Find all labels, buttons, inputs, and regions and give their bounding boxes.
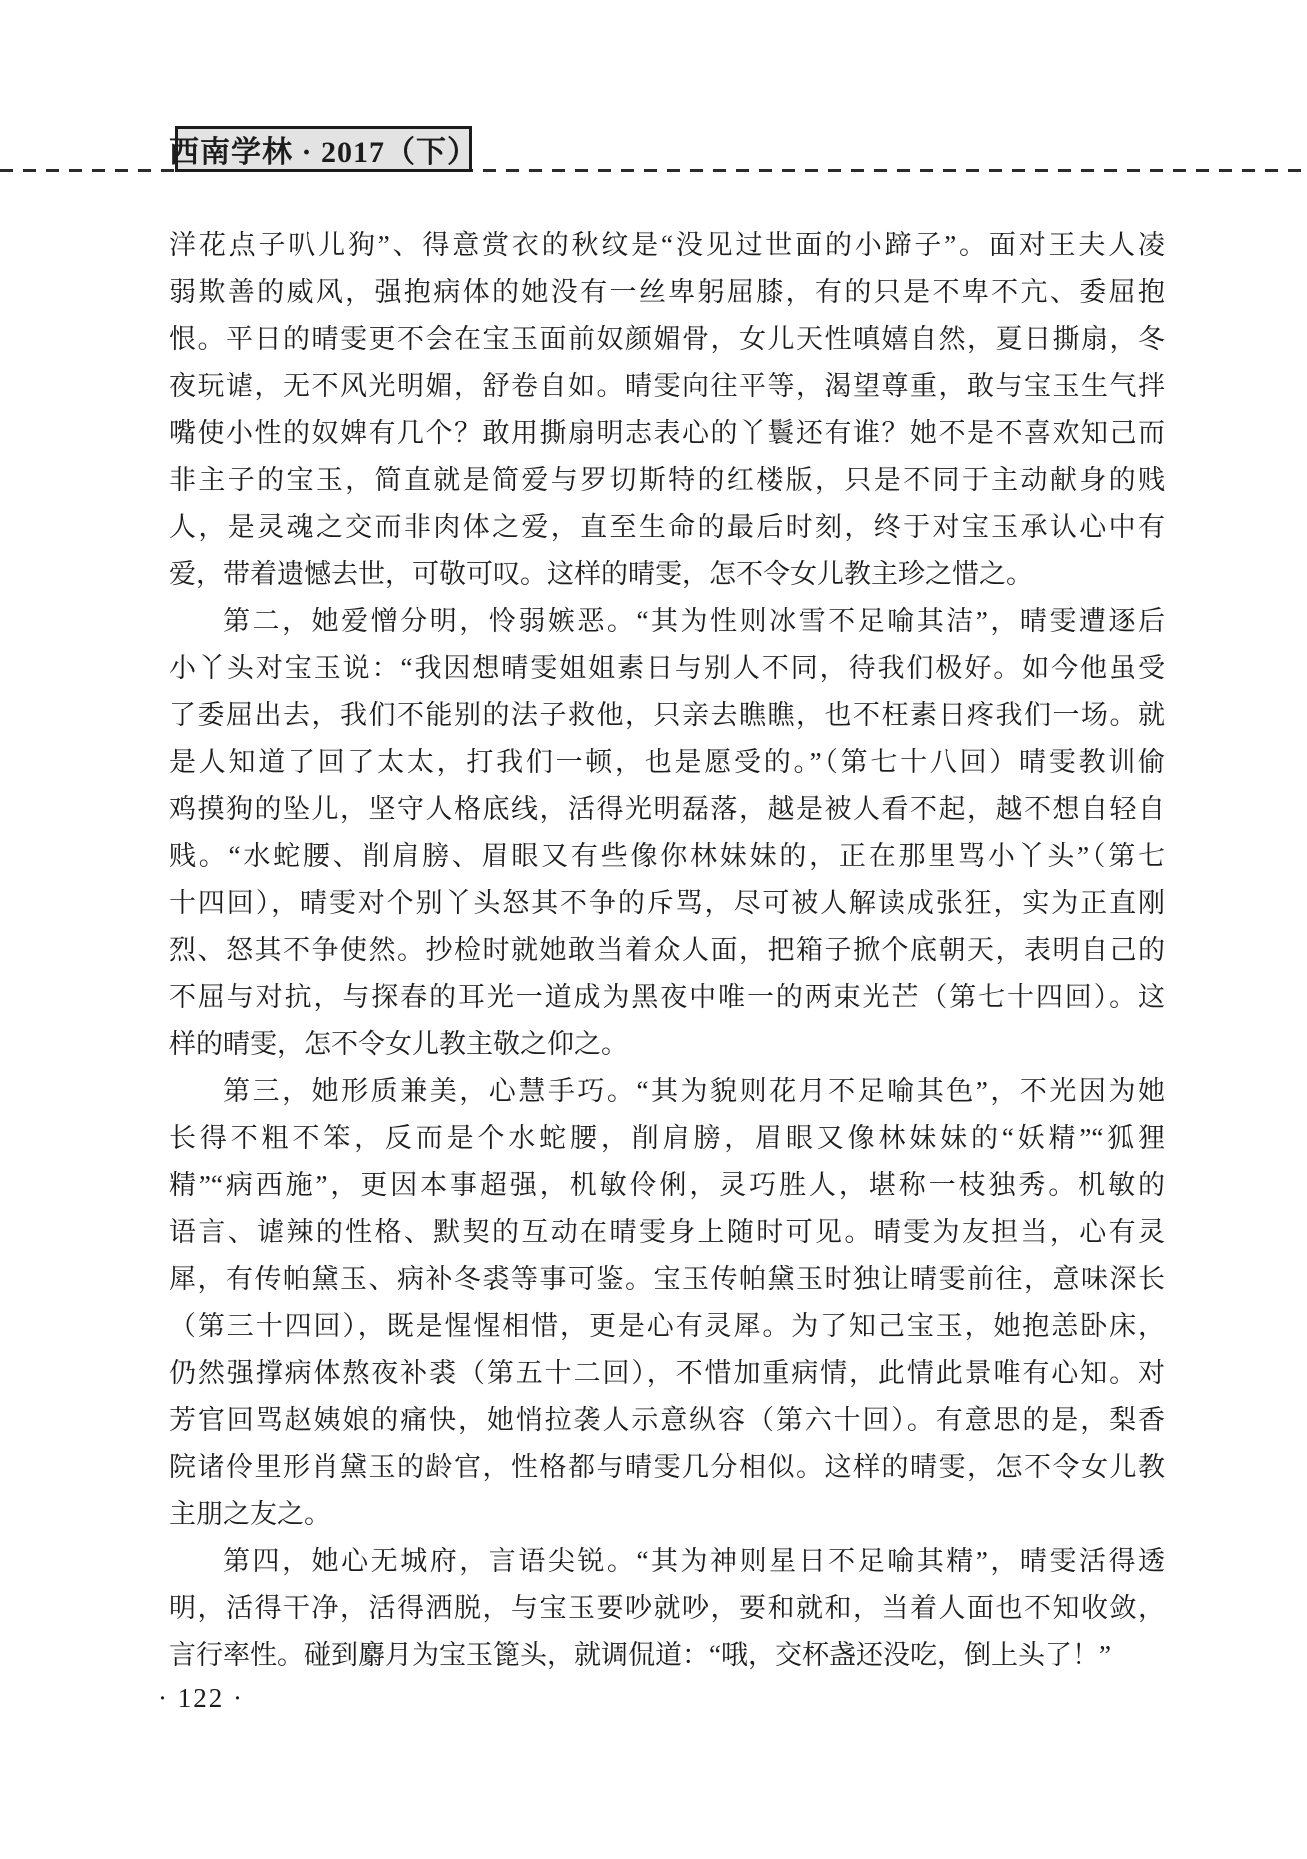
text-line: 主朋之友之。 xyxy=(169,1491,1165,1538)
text-line: 言行率性。碰到麝月为宝玉篦头，就调侃道：“哦，交杯盏还没吃，倒上头了！” xyxy=(169,1632,1165,1679)
text-line: 弱欺善的威风，强抱病体的她没有一丝卑躬屈膝，有的只是不卑不亢、委屈抱 xyxy=(169,269,1165,316)
journal-header-badge: 西南学林 · 2017（下） xyxy=(175,126,472,172)
text-line: 不屈与对抗，与探春的耳光一道成为黑夜中唯一的两束光芒（第七十四回）。这 xyxy=(169,974,1165,1021)
text-line: （第三十四回），既是惺惺相惜，更是心有灵犀。为了知己宝玉，她抱恙卧床， xyxy=(169,1303,1165,1350)
article-body: 洋花点子叭儿狗”、得意赏衣的秋纹是“没见过世面的小蹄子”。面对王夫人凌 弱欺善的… xyxy=(169,222,1165,1679)
text-line: 人，是灵魂之交而非肉体之爱，直至生命的最后时刻，终于对宝玉承认心中有 xyxy=(169,504,1165,551)
text-line: 第三，她形质兼美，心慧手巧。“其为貌则花月不足喻其色”，不光因为她 xyxy=(169,1068,1165,1115)
text-line: 非主子的宝玉，简直就是简爱与罗切斯特的红楼版，只是不同于主动献身的贱 xyxy=(169,457,1165,504)
text-line: 长得不粗不笨，反而是个水蛇腰，削肩膀，眉眼又像林妹妹的“妖精”“狐狸 xyxy=(169,1115,1165,1162)
text-line: 样的晴雯，怎不令女儿教主敬之仰之。 xyxy=(169,1021,1165,1068)
page-number: · 122 · xyxy=(158,1683,244,1714)
paragraph: 第二，她爱憎分明，怜弱嫉恶。“其为性则冰雪不足喻其洁”，晴雯遭逐后 小丫头对宝玉… xyxy=(169,598,1165,1068)
paragraph: 第四，她心无城府，言语尖锐。“其为神则星日不足喻其精”，晴雯活得透 明，活得干净… xyxy=(169,1538,1165,1679)
text-line: 犀，有传帕黛玉、病补冬裘等事可鉴。宝玉传帕黛玉时独让晴雯前往，意味深长 xyxy=(169,1256,1165,1303)
text-line: 洋花点子叭儿狗”、得意赏衣的秋纹是“没见过世面的小蹄子”。面对王夫人凌 xyxy=(169,222,1165,269)
text-line: 语言、谑辣的性格、默契的互动在晴雯身上随时可见。晴雯为友担当，心有灵 xyxy=(169,1209,1165,1256)
paragraph: 洋花点子叭儿狗”、得意赏衣的秋纹是“没见过世面的小蹄子”。面对王夫人凌 弱欺善的… xyxy=(169,222,1165,598)
text-line: 鸡摸狗的坠儿，坚守人格底线，活得光明磊落，越是被人看不起，越不想自轻自 xyxy=(169,786,1165,833)
text-line: 小丫头对宝玉说：“我因想晴雯姐姐素日与别人不同，待我们极好。如今他虽受 xyxy=(169,645,1165,692)
text-line: 十四回），晴雯对个别丫头怒其不争的斥骂，尽可被人解读成张狂，实为正直刚 xyxy=(169,880,1165,927)
text-line: 烈、怒其不争使然。抄检时就她敢当着众人面，把箱子掀个底朝天，表明自己的 xyxy=(169,927,1165,974)
text-line: 是人知道了回了太太，打我们一顿，也是愿受的。”（第七十八回）晴雯教训偷 xyxy=(169,739,1165,786)
text-line: 了委屈出去，我们不能别的法子救他，只亲去瞧瞧，也不枉素日疼我们一场。就 xyxy=(169,692,1165,739)
journal-title: 西南学林 · 2017（下） xyxy=(169,127,478,171)
text-line: 夜玩谑，无不风光明媚，舒卷自如。晴雯向往平等，渴望尊重，敢与宝玉生气拌 xyxy=(169,363,1165,410)
text-line: 精”“病西施”，更因本事超强，机敏伶俐，灵巧胜人，堪称一枝独秀。机敏的 xyxy=(169,1162,1165,1209)
text-line: 明，活得干净，活得洒脱，与宝玉要吵就吵，要和就和，当着人面也不知收敛， xyxy=(169,1585,1165,1632)
text-line: 第二，她爱憎分明，怜弱嫉恶。“其为性则冰雪不足喻其洁”，晴雯遭逐后 xyxy=(169,598,1165,645)
text-line: 恨。平日的晴雯更不会在宝玉面前奴颜媚骨，女儿天性嗔嬉自然，夏日撕扇，冬 xyxy=(169,316,1165,363)
text-line: 芳官回骂赵姨娘的痛快，她悄拉袭人示意纵容（第六十回）。有意思的是，梨香 xyxy=(169,1397,1165,1444)
text-line: 仍然强撑病体熬夜补裘（第五十二回），不惜加重病情，此情此景唯有心知。对 xyxy=(169,1350,1165,1397)
text-line: 贱。“水蛇腰、削肩膀、眉眼又有些像你林妹妹的，正在那里骂小丫头”（第七 xyxy=(169,833,1165,880)
text-line: 爱，带着遗憾去世，可敬可叹。这样的晴雯，怎不令女儿教主珍之惜之。 xyxy=(169,551,1165,598)
text-line: 院诸伶里形肖黛玉的龄官，性格都与晴雯几分相似。这样的晴雯，怎不令女儿教 xyxy=(169,1444,1165,1491)
text-line: 第四，她心无城府，言语尖锐。“其为神则星日不足喻其精”，晴雯活得透 xyxy=(169,1538,1165,1585)
text-line: 嘴使小性的奴婢有几个？敢用撕扇明志表心的丫鬟还有谁？她不是不喜欢知己而 xyxy=(169,410,1165,457)
paragraph: 第三，她形质兼美，心慧手巧。“其为貌则花月不足喻其色”，不光因为她 长得不粗不笨… xyxy=(169,1068,1165,1538)
book-page: { "theme": { "page_background": "#ffffff… xyxy=(0,0,1307,1859)
